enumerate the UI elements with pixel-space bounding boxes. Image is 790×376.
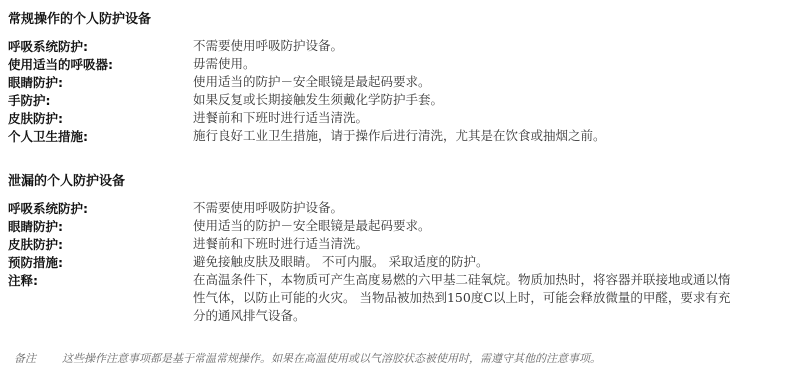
table-row: 皮肤防护: 进餐前和下班时进行适当清洗。 [8, 235, 788, 253]
row-value: 使用适当的防护－安全眼镜是最起码要求。 [193, 217, 431, 235]
row-label: 皮肤防护: [8, 109, 63, 127]
row-label: 皮肤防护: [8, 235, 63, 253]
row-label: 眼睛防护: [8, 217, 63, 235]
row-value: 使用适当的防护－安全眼镜是最起码要求。 [193, 73, 431, 91]
row-value: 避免接触皮肤及眼睛。 不可内服。 采取适度的防护。 [193, 253, 488, 271]
table-row: 个人卫生措施: 施行良好工业卫生措施，请于操作后进行清洗，尤其是在饮食或抽烟之前… [8, 127, 788, 145]
row-label: 手防护: [8, 91, 51, 109]
table-row: 预防措施: 避免接触皮肤及眼睛。 不可内服。 采取适度的防护。 [8, 253, 788, 271]
footnote-label: 备注 [14, 350, 62, 366]
row-label: 使用适当的呼吸器: [8, 55, 113, 73]
footnote-text: 这些操作注意事项都是基于常温常规操作。如果在高温使用或以气溶胶状态被使用时，需遵… [62, 352, 601, 365]
row-value: 如果反复或长期接触发生须戴化学防护手套。 [193, 91, 443, 109]
row-value: 毋需使用。 [193, 55, 256, 73]
row-label: 眼睛防护: [8, 73, 63, 91]
row-value: 在高温条件下，本物质可产生高度易燃的六甲基二硅氧烷。物质加热时，将容器并联接地或… [193, 271, 733, 325]
row-label: 个人卫生措施: [8, 127, 88, 145]
row-value: 不需要使用呼吸防护设备。 [193, 199, 343, 217]
row-value: 施行良好工业卫生措施，请于操作后进行清洗，尤其是在饮食或抽烟之前。 [193, 127, 606, 145]
row-value: 进餐前和下班时进行适当清洗。 [193, 235, 368, 253]
table-row: 使用适当的呼吸器: 毋需使用。 [8, 55, 788, 73]
section-title: 常规操作的个人防护设备 [8, 8, 151, 27]
row-value: 进餐前和下班时进行适当清洗。 [193, 109, 368, 127]
table-row: 呼吸系统防护: 不需要使用呼吸防护设备。 [8, 199, 788, 217]
row-label: 注释: [8, 271, 38, 289]
table-row: 皮肤防护: 进餐前和下班时进行适当清洗。 [8, 109, 788, 127]
row-value: 不需要使用呼吸防护设备。 [193, 37, 343, 55]
table-row: 眼睛防护: 使用适当的防护－安全眼镜是最起码要求。 [8, 217, 788, 235]
table-row: 呼吸系统防护: 不需要使用呼吸防护设备。 [8, 37, 788, 55]
table-row: 眼睛防护: 使用适当的防护－安全眼镜是最起码要求。 [8, 73, 788, 91]
footnote: 备注这些操作注意事项都是基于常温常规操作。如果在高温使用或以气溶胶状态被使用时，… [14, 350, 601, 366]
row-label: 呼吸系统防护: [8, 37, 88, 55]
section-title: 泄漏的个人防护设备 [8, 170, 125, 189]
row-label: 呼吸系统防护: [8, 199, 88, 217]
table-row: 注释: 在高温条件下，本物质可产生高度易燃的六甲基二硅氧烷。物质加热时，将容器并… [8, 271, 788, 327]
table-row: 手防护: 如果反复或长期接触发生须戴化学防护手套。 [8, 91, 788, 109]
row-label: 预防措施: [8, 253, 63, 271]
